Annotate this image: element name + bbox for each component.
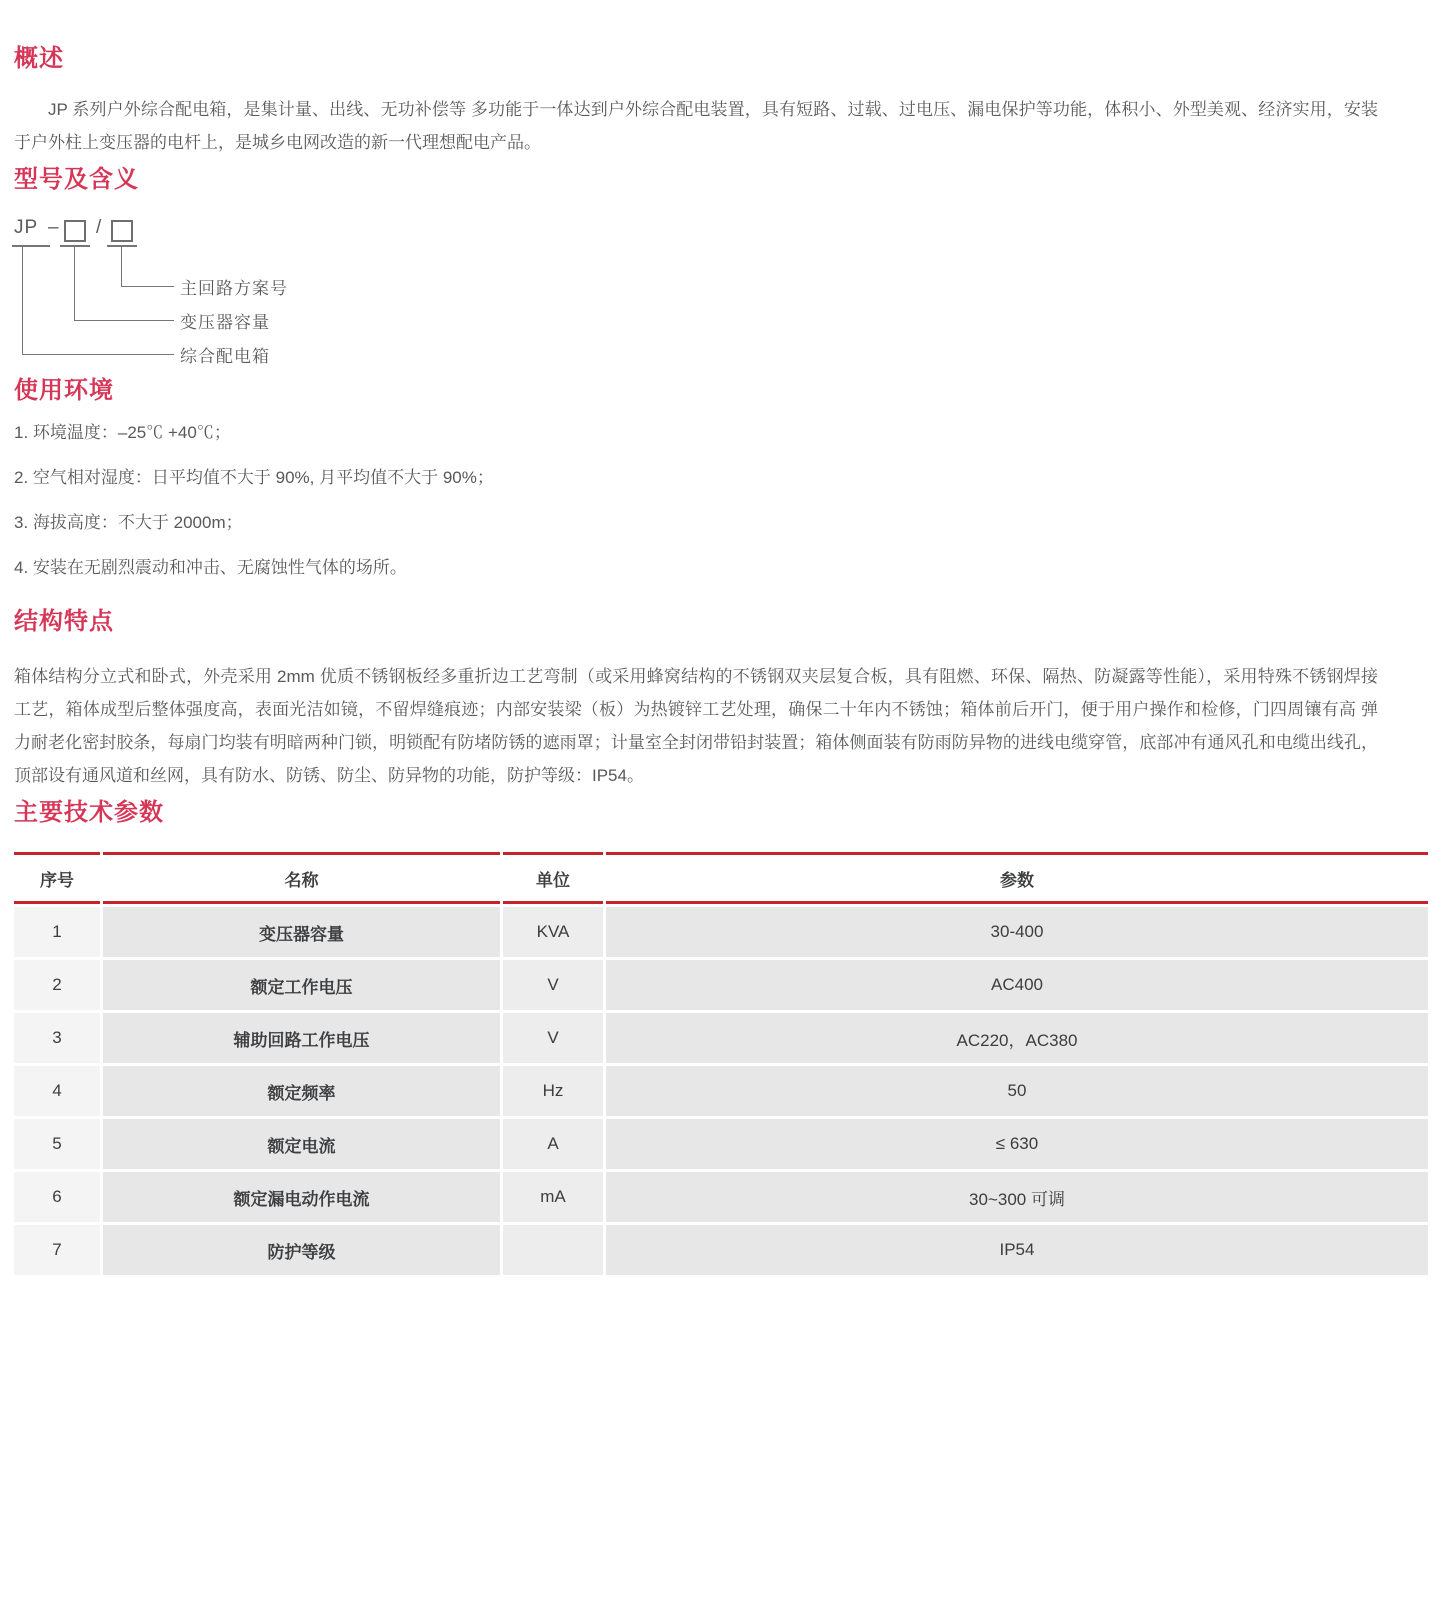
model-capacity-box	[64, 220, 86, 242]
model-designation-diagram: JP – / 主回路方案号 变压器容量 综合配电箱	[14, 215, 714, 370]
model-code-dash: –	[48, 217, 60, 239]
cell-parameter: IP54	[606, 1225, 1428, 1275]
col-header-unit: 单位	[503, 852, 603, 904]
table-header-row: 序号 名称 单位 参数	[14, 852, 1428, 904]
overview-heading: 概述	[14, 38, 1440, 73]
structure-body: 箱体结构分立式和卧式，外壳采用 2mm 优质不锈钢板经多重折边工艺弯制（或采用蜂…	[14, 660, 1378, 792]
environment-item: 4. 安装在无剧烈震动和冲击、无腐蚀性气体的场所。	[14, 556, 1440, 580]
cell-name: 额定工作电压	[103, 960, 500, 1010]
connector-line	[74, 247, 75, 320]
label-main-circuit-scheme: 主回路方案号	[180, 274, 288, 299]
parameters-table: 序号 名称 单位 参数 1 变压器容量 KVA 30-400 2 额定工作电压 …	[11, 849, 1431, 1278]
connector-line	[121, 247, 122, 286]
cell-name: 额定频率	[103, 1066, 500, 1116]
section-model: 型号及含义 JP – / 主回路方案号 变压器容量 综合配电箱	[14, 159, 1440, 370]
overview-body: JP 系列户外综合配电箱，是集计量、出线、无功补偿等 多功能于一体达到户外综合配…	[14, 93, 1378, 159]
cell-parameter: AC220，AC380	[606, 1013, 1428, 1063]
structure-heading: 结构特点	[14, 601, 1440, 636]
table-row: 2 额定工作电压 V AC400	[14, 960, 1428, 1010]
cell-unit: A	[503, 1119, 603, 1169]
table-row: 3 辅助回路工作电压 V AC220，AC380	[14, 1013, 1428, 1063]
col-header-parameter: 参数	[606, 852, 1428, 904]
cell-index: 6	[14, 1172, 100, 1222]
cell-parameter: 30~300 可调	[606, 1172, 1428, 1222]
cell-unit	[503, 1225, 603, 1275]
environment-list: 1. 环境温度：–25℃ +40℃； 2. 空气相对湿度：日平均值不大于 90%…	[14, 421, 1440, 580]
connector-line	[22, 247, 23, 354]
label-transformer-capacity: 变压器容量	[180, 308, 270, 333]
cell-name: 辅助回路工作电压	[103, 1013, 500, 1063]
table-row: 1 变压器容量 KVA 30-400	[14, 907, 1428, 957]
cell-index: 2	[14, 960, 100, 1010]
cell-index: 7	[14, 1225, 100, 1275]
cell-unit: Hz	[503, 1066, 603, 1116]
cell-unit: V	[503, 960, 603, 1010]
cell-name: 变压器容量	[103, 907, 500, 957]
connector-line	[121, 286, 174, 287]
cell-parameter: 50	[606, 1066, 1428, 1116]
catalog-page: 概述 JP 系列户外综合配电箱，是集计量、出线、无功补偿等 多功能于一体达到户外…	[0, 0, 1440, 1318]
model-code-prefix: JP	[14, 217, 38, 239]
cell-index: 4	[14, 1066, 100, 1116]
connector-line	[22, 354, 174, 355]
col-header-index: 序号	[14, 852, 100, 904]
environment-item: 2. 空气相对湿度：日平均值不大于 90%, 月平均值不大于 90%；	[14, 466, 1440, 490]
section-parameters: 主要技术参数 序号 名称 单位 参数 1 变压器容量 KVA 30-400	[14, 792, 1440, 1278]
section-environment: 使用环境 1. 环境温度：–25℃ +40℃； 2. 空气相对湿度：日平均值不大…	[14, 370, 1440, 580]
cell-index: 1	[14, 907, 100, 957]
environment-item: 3. 海拔高度：不大于 2000m；	[14, 511, 1440, 535]
section-overview: 概述 JP 系列户外综合配电箱，是集计量、出线、无功补偿等 多功能于一体达到户外…	[14, 38, 1440, 159]
cell-index: 5	[14, 1119, 100, 1169]
section-structure: 结构特点 箱体结构分立式和卧式，外壳采用 2mm 优质不锈钢板经多重折边工艺弯制…	[14, 601, 1440, 792]
underline-prefix	[12, 245, 50, 247]
table-row: 7 防护等级 IP54	[14, 1225, 1428, 1275]
cell-name: 额定漏电动作电流	[103, 1172, 500, 1222]
cell-name: 防护等级	[103, 1225, 500, 1275]
model-scheme-box	[111, 220, 133, 242]
parameters-heading: 主要技术参数	[14, 792, 1440, 827]
cell-index: 3	[14, 1013, 100, 1063]
cell-unit: mA	[503, 1172, 603, 1222]
environment-heading: 使用环境	[14, 370, 1440, 405]
table-row: 5 额定电流 A ≤ 630	[14, 1119, 1428, 1169]
cell-unit: V	[503, 1013, 603, 1063]
label-distribution-box: 综合配电箱	[180, 342, 270, 367]
underline-capacity	[60, 245, 90, 247]
cell-unit: KVA	[503, 907, 603, 957]
cell-parameter: AC400	[606, 960, 1428, 1010]
connector-line	[74, 320, 174, 321]
cell-parameter: ≤ 630	[606, 1119, 1428, 1169]
table-row: 6 额定漏电动作电流 mA 30~300 可调	[14, 1172, 1428, 1222]
model-code-slash: /	[96, 217, 102, 239]
model-heading: 型号及含义	[14, 159, 1440, 194]
cell-name: 额定电流	[103, 1119, 500, 1169]
environment-item: 1. 环境温度：–25℃ +40℃；	[14, 421, 1440, 445]
col-header-name: 名称	[103, 852, 500, 904]
cell-parameter: 30-400	[606, 907, 1428, 957]
table-row: 4 额定频率 Hz 50	[14, 1066, 1428, 1116]
underline-scheme	[107, 245, 137, 247]
